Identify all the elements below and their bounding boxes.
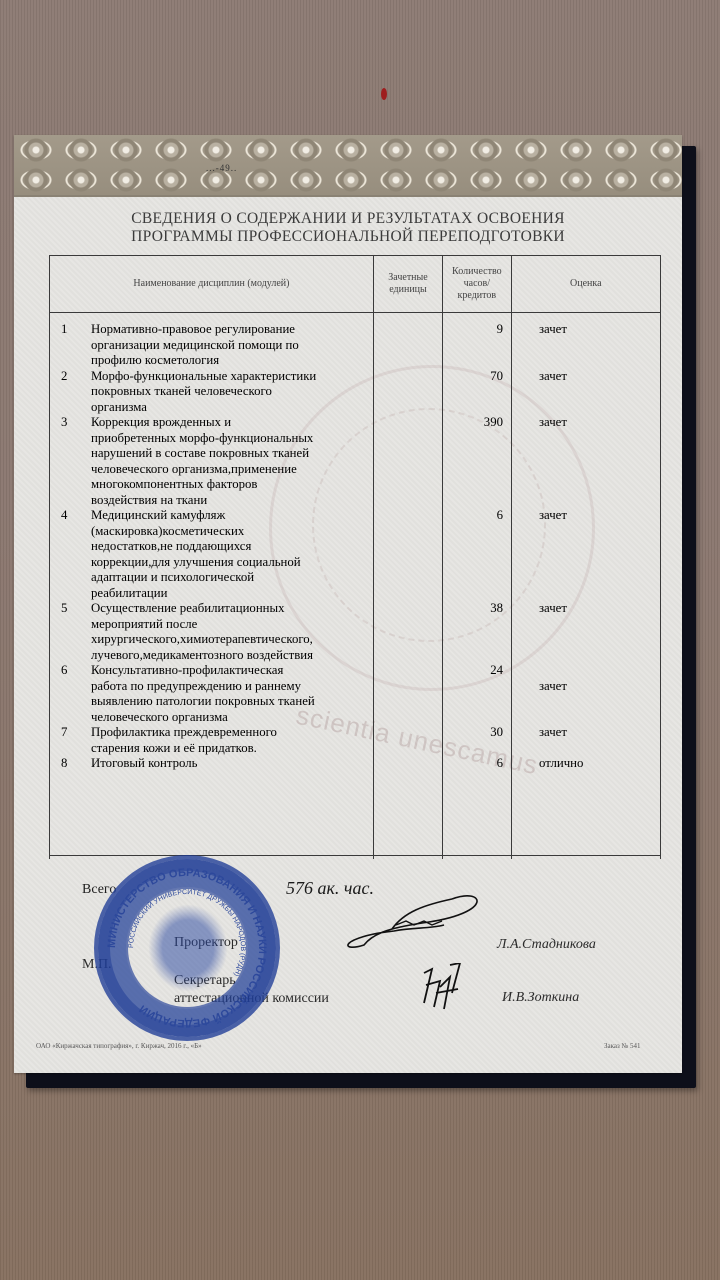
discipline-name-line: мероприятий после (91, 617, 378, 633)
discipline-name-line: покровных тканей человеческого (91, 384, 378, 400)
discipline-name-line: приобретенных морфо-функциональных (91, 431, 378, 447)
discipline-name-line: коррекции,для улучшения социальной (91, 555, 378, 571)
table-row: 4Медицинский камуфляж(маскировка)космети… (49, 508, 661, 601)
discipline-name-line: Профилактика преждевременного (91, 725, 378, 741)
discipline-name-line: профилю косметология (91, 353, 378, 369)
discipline-name: Коррекция врожденных иприобретенных морф… (91, 415, 378, 508)
grade-value: зачет (511, 415, 661, 508)
discipline-name: Морфо-функциональные характеристикипокро… (91, 369, 378, 416)
title-line-1: СВЕДЕНИЯ О СОДЕРЖАНИИ И РЕЗУЛЬТАТАХ ОСВО… (14, 210, 682, 228)
credit-units (378, 415, 445, 508)
grade-value: отлично (511, 756, 661, 772)
table-row: 1Нормативно-правовое регулированиеоргани… (49, 322, 661, 369)
secretary-signature (414, 963, 474, 1013)
discipline-name-line: Медицинский камуфляж (91, 508, 378, 524)
table-rows: 1Нормативно-правовое регулированиеоргани… (49, 322, 661, 772)
discipline-name: Итоговый контроль (91, 756, 378, 772)
discipline-name: Медицинский камуфляж(маскировка)косметич… (91, 508, 378, 601)
credit-units (378, 601, 445, 663)
discipline-name-line: лучевого,медикаментозного воздействия (91, 648, 378, 664)
seal-text: МИНИСТЕРСТВО ОБРАЗОВАНИЯ И НАУКИ РОССИЙС… (98, 859, 276, 1037)
header-hours: Количество часов/ кредитов (443, 256, 512, 313)
row-number: 4 (49, 508, 91, 601)
discipline-name-line: многокомпонентных факторов (91, 477, 378, 493)
ornament-border (14, 135, 682, 197)
discipline-name: Профилактика преждевременногостарения ко… (91, 725, 378, 756)
discipline-name-line: человеческого организма (91, 710, 378, 726)
secretary-name: И.В.Зоткина (502, 990, 579, 1006)
grade-value: зачет (511, 508, 661, 601)
discipline-name-line: Морфо-функциональные характеристики (91, 369, 378, 385)
row-number: 1 (49, 322, 91, 369)
discipline-name-line: Нормативно-правовое регулирование (91, 322, 378, 338)
hours-value: 390 (445, 415, 511, 508)
discipline-name-line: организма (91, 400, 378, 416)
discipline-name-line: Осуществление реабилитационных (91, 601, 378, 617)
discipline-name: Осуществление реабилитационныхмероприяти… (91, 601, 378, 663)
table-row: 7Профилактика преждевременногостарения к… (49, 725, 661, 756)
credit-units (378, 756, 445, 772)
order-number: Заказ № 541 (604, 1042, 640, 1050)
discipline-name-line: выявлению патологии покровных тканей (91, 694, 378, 710)
discipline-name-line: нарушений в составе покровных тканей (91, 446, 378, 462)
prorector-signature (334, 887, 494, 957)
row-number: 8 (49, 756, 91, 772)
header-units: Зачетные единицы (373, 256, 442, 313)
discipline-name-line: реабилитации (91, 586, 378, 602)
discipline-name-line: хирургического,химиотерапевтического, (91, 632, 378, 648)
header-name: Наименование дисциплин (модулей) (50, 256, 374, 313)
discipline-name-line: воздействия на ткани (91, 493, 378, 509)
credit-units (378, 508, 445, 601)
prorector-name: Л.А.Стадникова (497, 937, 596, 953)
row-number: 3 (49, 415, 91, 508)
hours-value: 6 (445, 756, 511, 772)
title-line-2: ПРОГРАММЫ ПРОФЕССИОНАЛЬНОЙ ПЕРЕПОДГОТОВК… (14, 228, 682, 246)
svg-text:РОССИЙСКИЙ УНИВЕРСИТЕТ ДРУЖБЫ: РОССИЙСКИЙ УНИВЕРСИТЕТ ДРУЖБЫ НАРОДОВ (Р… (128, 889, 246, 977)
discipline-name-line: Консультативно-профилактическая (91, 663, 378, 679)
table-bottom-border (49, 855, 661, 856)
grade-value: зачет (511, 601, 661, 663)
grade-value: зачет (511, 369, 661, 416)
official-seal: МИНИСТЕРСТВО ОБРАЗОВАНИЯ И НАУКИ РОССИЙС… (94, 855, 280, 1041)
table-row: 5Осуществление реабилитационныхмероприят… (49, 601, 661, 663)
credit-units (378, 725, 445, 756)
discipline-name-line: недостатков,не поддающихся (91, 539, 378, 555)
grade-value: зачет (511, 725, 661, 756)
diploma-supplement-page: ...-49.. СВЕДЕНИЯ О СОДЕРЖАНИИ И РЕЗУЛЬТ… (14, 135, 682, 1073)
printer-info: ОАО «Киржачская типография», г. Киржач, … (36, 1042, 202, 1050)
table-row: 8Итоговый контроль6отлично (49, 756, 661, 772)
row-number: 5 (49, 601, 91, 663)
table-row: 3Коррекция врожденных иприобретенных мор… (49, 415, 661, 508)
credit-units (378, 663, 445, 725)
hours-value: 38 (445, 601, 511, 663)
discipline-name-line: (маскировка)косметических (91, 524, 378, 540)
header-grade: Оценка (511, 256, 660, 313)
credit-units (378, 322, 445, 369)
grade-value: зачет (511, 322, 661, 369)
discipline-name-line: Коррекция врожденных и (91, 415, 378, 431)
page-title: СВЕДЕНИЯ О СОДЕРЖАНИИ И РЕЗУЛЬТАТАХ ОСВО… (14, 210, 682, 246)
hours-value: 24 (445, 663, 511, 725)
credit-units (378, 369, 445, 416)
discipline-name-line: Итоговый контроль (91, 756, 378, 772)
hours-value: 30 (445, 725, 511, 756)
grade-value: зачет (511, 663, 661, 725)
hours-value: 9 (445, 322, 511, 369)
hours-value: 70 (445, 369, 511, 416)
row-number: 2 (49, 369, 91, 416)
discipline-name: Нормативно-правовое регулированиеорганиз… (91, 322, 378, 369)
red-mark (381, 88, 387, 100)
serial-number: ...-49.. (206, 163, 237, 173)
discipline-name: Консультативно-профилактическаяработа по… (91, 663, 378, 725)
discipline-name-line: организации медицинской помощи по (91, 338, 378, 354)
row-number: 7 (49, 725, 91, 756)
discipline-name-line: старения кожи и её придатков. (91, 741, 378, 757)
table-row: 6Консультативно-профилактическаяработа п… (49, 663, 661, 725)
seal-inner-text: РОССИЙСКИЙ УНИВЕРСИТЕТ ДРУЖБЫ НАРОДОВ (Р… (128, 889, 246, 977)
row-number: 6 (49, 663, 91, 725)
hours-value: 6 (445, 508, 511, 601)
discipline-name-line: человеческого организма,применение (91, 462, 378, 478)
discipline-name-line: работа по предупреждению и раннему (91, 679, 378, 695)
discipline-name-line: адаптации и психологической (91, 570, 378, 586)
table-row: 2Морфо-функциональные характеристикипокр… (49, 369, 661, 416)
